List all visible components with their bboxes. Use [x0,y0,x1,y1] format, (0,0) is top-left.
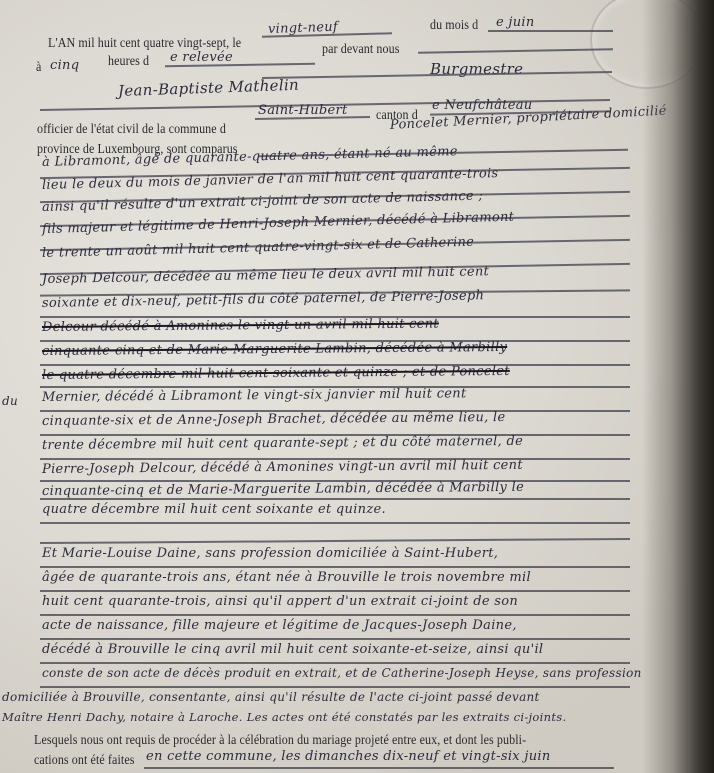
hand-bride-line: Et Marie-Louise Daine, sans profession d… [42,546,498,561]
rule [40,662,630,664]
printed-closing-2: cations ont été faites [34,753,135,769]
printed-month-label: du mois d [430,18,478,34]
hand-line: Mernier, décédé à Libramont le vingt-six… [42,386,467,405]
rule [40,614,630,616]
rule [40,638,630,640]
hand-line: fils majeur et légitime de Henri-Joseph … [42,210,515,237]
printed-par-devant: par devant nous [322,42,400,58]
hand-line-struck: le quatre décembre mil huit cent soixant… [42,364,510,383]
book-spine-shadow [642,0,714,773]
hand-line: Pierre-Joseph Delcour, décédé à Amonines… [42,458,523,477]
printed-officer-line: officier de l'état civil de la commune d [37,122,226,138]
hand-line: ainsi qu'il résulte d'un extrait ci-join… [42,188,483,215]
printed-a: à [36,60,41,76]
hand-line: quatre décembre mil huit cent soixante e… [42,502,386,517]
hand-bride-line: huit cent quarante-trois, ainsi qu'il ap… [42,594,518,609]
hand-officer-name: Jean-Baptiste Mathelin [118,76,300,100]
rule [40,590,630,592]
rule [40,498,630,500]
hand-bride-line: Maître Henri Dachy, notaire à Laroche. L… [2,710,566,724]
printed-closing-1: Lesquels nous ont requis de procéder à l… [34,733,526,749]
hand-line: le trente un août mil huit cent quatre-v… [42,235,475,261]
hand-line: soixante et dix-neuf, petit-fils du côté… [42,288,485,311]
hand-hour: cinq [50,58,79,73]
rule [40,566,630,568]
hand-line: cinquante-cinq et de Marie-Marguerite La… [42,480,524,499]
rule [40,522,630,524]
hand-publications: en cette commune, les dimanches dix-neuf… [146,749,551,764]
rule [418,48,613,53]
hand-month: e juin [496,15,535,30]
hand-bride-line: acte de naissance, fille majeure et légi… [42,618,517,633]
hand-bride-line: âgée de quarante-trois ans, étant née à … [42,570,531,585]
hand-line: trente décembre mil huit cent quarante-s… [42,434,523,453]
printed-heures: heures d [108,54,149,70]
hand-bride-line: conste de son acte de décès produit en e… [42,666,642,680]
hand-time-of-day: e relevée [170,50,233,65]
rule [40,538,630,544]
rule [40,686,630,688]
rule [144,767,614,769]
hand-line: Joseph Delcour, décédée au même lieu le … [42,264,489,287]
margin-note: du [2,394,18,408]
hand-line: cinquante-six et de Anne-Joseph Brachet,… [42,410,506,429]
hand-line-struck: Delcour décédé à Amonines le vingt un av… [42,317,439,335]
hand-bride-line: décédé à Brouville le cinq avril mil hui… [42,642,543,657]
hand-line-struck: cinquante-cinq et de Marie-Marguerite La… [42,340,507,359]
hand-bride-line: domiciliée à Brouville, consentante, ain… [2,690,540,704]
rule [488,30,613,32]
document-page: L'AN mil huit cent quatre vingt-sept, le… [0,0,714,773]
